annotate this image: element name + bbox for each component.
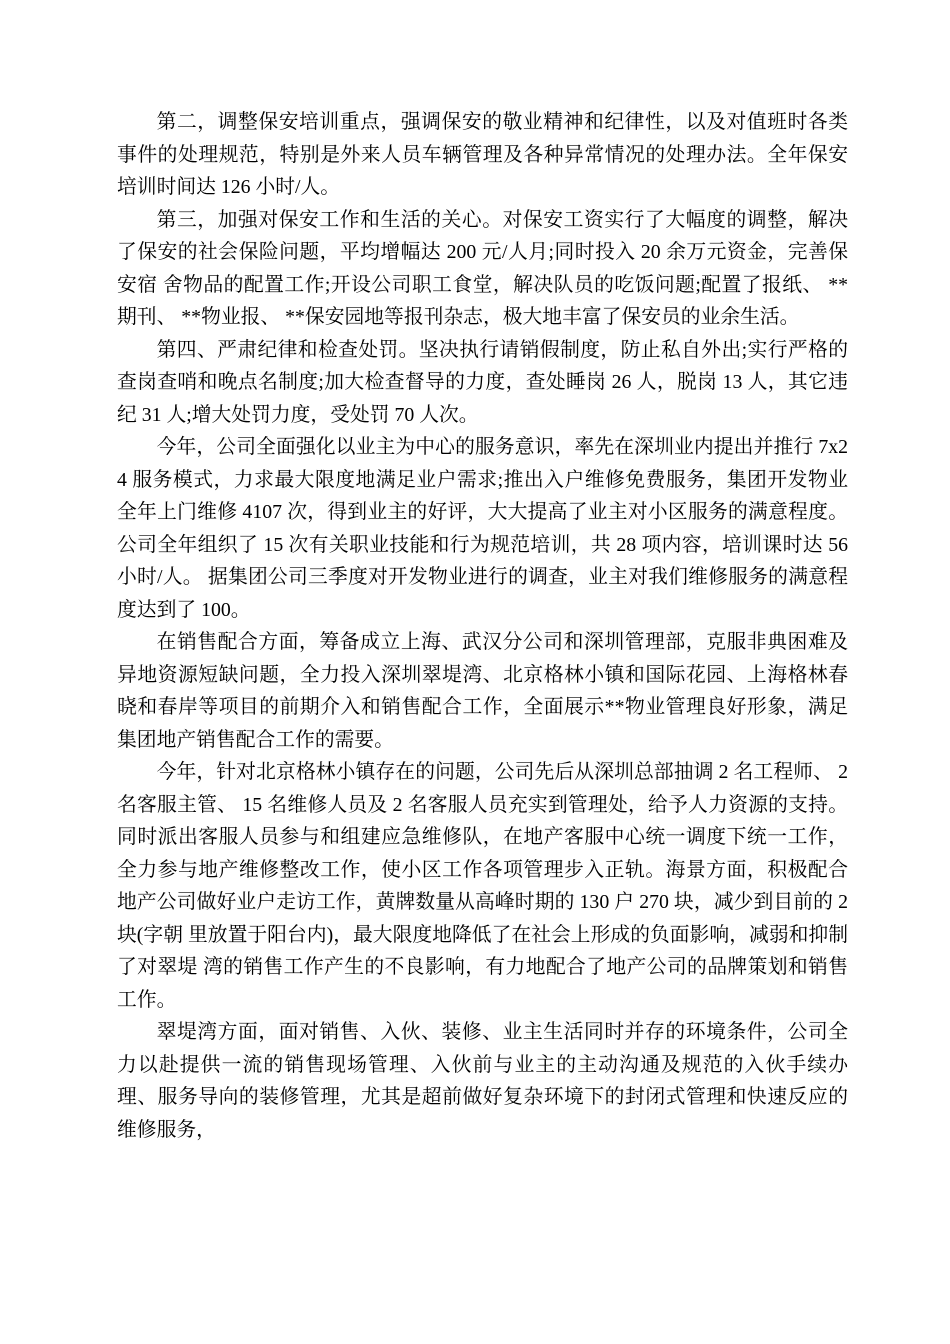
paragraph-discipline-inspection: 第四、严肃纪律和检查处罚。坚决执行请销假制度，防止私自外出;实行严格的查岗查哨和… <box>117 334 848 432</box>
paragraph-service-awareness: 今年，公司全面强化以业主为中心的服务意识，率先在深圳业内提出并推行 7x24 服… <box>117 431 848 626</box>
paragraph-sales-coordination: 在销售配合方面，筹备成立上海、武汉分公司和深圳管理部，克服非典困难及异地资源短缺… <box>117 626 848 756</box>
paragraph-cuitiwan: 翠堤湾方面，面对销售、入伙、装修、业主生活同时并存的环境条件，公司全力以赴提供一… <box>117 1016 848 1146</box>
paragraph-greentown-support: 今年，针对北京格林小镇存在的问题，公司先后从深圳总部抽调 2 名工程师、 2 名… <box>117 756 848 1016</box>
document-viewport: { "document": { "background_color": "#ff… <box>0 0 950 1344</box>
document-page: 第二，调整保安培训重点，强调保安的敬业精神和纪律性，以及对值班时各类事件的处理规… <box>0 0 950 1344</box>
paragraph-security-training: 第二，调整保安培训重点，强调保安的敬业精神和纪律性，以及对值班时各类事件的处理规… <box>117 106 848 204</box>
paragraph-guard-welfare: 第三，加强对保安工作和生活的关心。对保安工资实行了大幅度的调整，解决了保安的社会… <box>117 204 848 334</box>
document-content: 第二，调整保安培训重点，强调保安的敬业精神和纪律性，以及对值班时各类事件的处理规… <box>117 106 848 1146</box>
